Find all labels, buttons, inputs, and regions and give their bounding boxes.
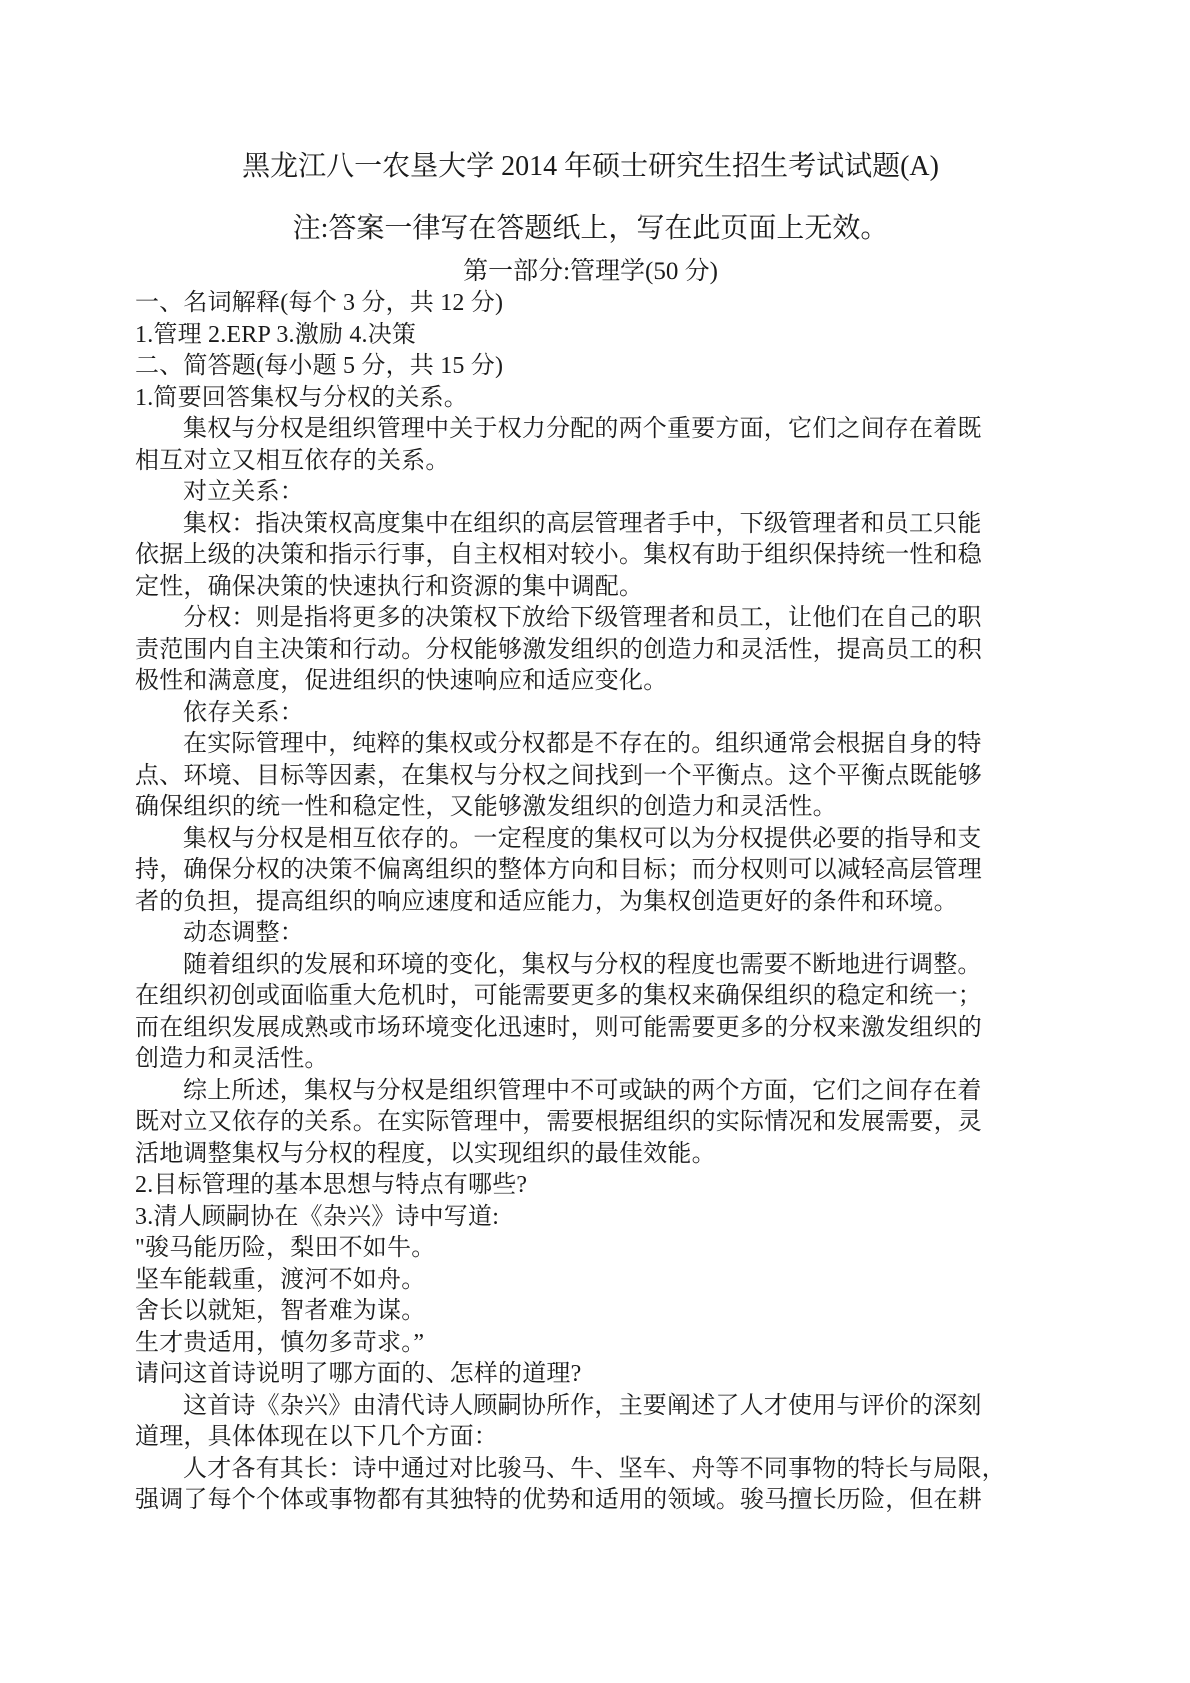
text-line: 舍长以就矩，智者难为谋。 xyxy=(135,1296,1046,1328)
text-line: 对立关系： xyxy=(135,477,1046,509)
text-line: 3.清人顾嗣协在《杂兴》诗中写道: xyxy=(135,1202,1046,1234)
text-line: 随着组织的发展和环境的变化，集权与分权的程度也需要不断地进行调整。 xyxy=(135,950,1046,982)
text-line: 依存关系： xyxy=(135,698,1046,730)
text-line: 点、环境、目标等因素，在集权与分权之间找到一个平衡点。这个平衡点既能够 xyxy=(135,761,1046,793)
text-line: 请问这首诗说明了哪方面的、怎样的道理? xyxy=(135,1359,1046,1391)
text-line: 2.目标管理的基本思想与特点有哪些? xyxy=(135,1170,1046,1202)
exam-body: 一、名词解释(每个 3 分，共 12 分)1.管理 2.ERP 3.激励 4.决… xyxy=(135,288,1046,1517)
text-line: 人才各有其长：诗中通过对比骏马、牛、坚车、舟等不同事物的特长与局限， xyxy=(135,1454,1046,1486)
exam-title: 黑龙江八一农垦大学 2014 年硕士研究生招生考试试题(A) xyxy=(135,150,1046,184)
document-page: 黑龙江八一农垦大学 2014 年硕士研究生招生考试试题(A) 注:答案一律写在答… xyxy=(0,0,1190,1683)
text-line: 责范围内自主决策和行动。分权能够激发组织的创造力和灵活性，提高员工的积 xyxy=(135,635,1046,667)
text-line: 生才贵适用，慎勿多苛求。” xyxy=(135,1328,1046,1360)
text-line: 相互对立又相互依存的关系。 xyxy=(135,446,1046,478)
text-line: 综上所述，集权与分权是组织管理中不可或缺的两个方面，它们之间存在着 xyxy=(135,1076,1046,1108)
text-line: 而在组织发展成熟或市场环境变化迅速时，则可能需要更多的分权来激发组织的 xyxy=(135,1013,1046,1045)
text-line: 坚车能载重，渡河不如舟。 xyxy=(135,1265,1046,1297)
text-line: 定性，确保决策的快速执行和资源的集中调配。 xyxy=(135,572,1046,604)
text-line: 持，确保分权的决策不偏离组织的整体方向和目标；而分权则可以减轻高层管理 xyxy=(135,855,1046,887)
text-line: 在实际管理中，纯粹的集权或分权都是不存在的。组织通常会根据自身的特 xyxy=(135,729,1046,761)
answer-notice: 注:答案一律写在答题纸上，写在此页面上无效。 xyxy=(135,212,1046,246)
text-line: "骏马能历险，梨田不如牛。 xyxy=(135,1233,1046,1265)
text-line: 这首诗《杂兴》由清代诗人顾嗣协所作，主要阐述了人才使用与评价的深刻 xyxy=(135,1391,1046,1423)
text-line: 确保组织的统一性和稳定性，又能够激发组织的创造力和灵活性。 xyxy=(135,792,1046,824)
text-line: 活地调整集权与分权的程度，以实现组织的最佳效能。 xyxy=(135,1139,1046,1171)
text-line: 集权：指决策权高度集中在组织的高层管理者手中，下级管理者和员工只能 xyxy=(135,509,1046,541)
text-line: 者的负担，提高组织的响应速度和适应能力，为集权创造更好的条件和环境。 xyxy=(135,887,1046,919)
section-heading: 第一部分:管理学(50 分) xyxy=(135,256,1046,288)
text-line: 极性和满意度，促进组织的快速响应和适应变化。 xyxy=(135,666,1046,698)
text-line: 既对立又依存的关系。在实际管理中，需要根据组织的实际情况和发展需要，灵 xyxy=(135,1107,1046,1139)
text-line: 依据上级的决策和指示行事，自主权相对较小。集权有助于组织保持统一性和稳 xyxy=(135,540,1046,572)
text-line: 一、名词解释(每个 3 分，共 12 分) xyxy=(135,288,1046,320)
text-line: 强调了每个个体或事物都有其独特的优势和适用的领域。骏马擅长历险，但在耕 xyxy=(135,1485,1046,1517)
text-line: 集权与分权是相互依存的。一定程度的集权可以为分权提供必要的指导和支 xyxy=(135,824,1046,856)
text-line: 二、简答题(每小题 5 分，共 15 分) xyxy=(135,351,1046,383)
text-line: 在组织初创或面临重大危机时，可能需要更多的集权来确保组织的稳定和统一； xyxy=(135,981,1046,1013)
text-line: 1.管理 2.ERP 3.激励 4.决策 xyxy=(135,320,1046,352)
text-line: 1.简要回答集权与分权的关系。 xyxy=(135,383,1046,415)
text-line: 集权与分权是组织管理中关于权力分配的两个重要方面，它们之间存在着既 xyxy=(135,414,1046,446)
text-line: 分权：则是指将更多的决策权下放给下级管理者和员工，让他们在自己的职 xyxy=(135,603,1046,635)
text-line: 道理，具体体现在以下几个方面： xyxy=(135,1422,1046,1454)
text-line: 创造力和灵活性。 xyxy=(135,1044,1046,1076)
text-line: 动态调整： xyxy=(135,918,1046,950)
